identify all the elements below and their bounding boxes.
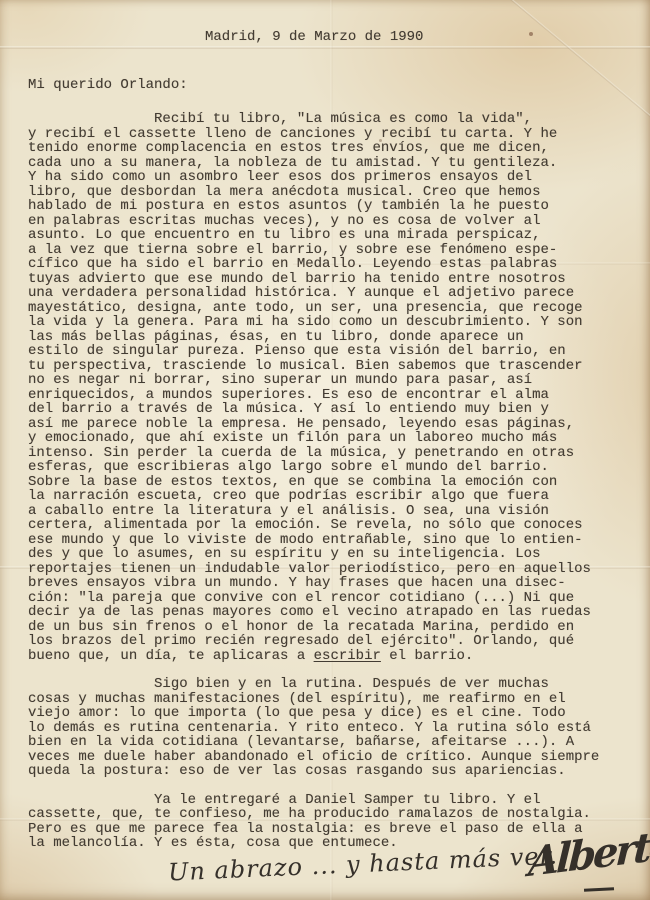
farewell-handwritten: Un abrazo ... y hasta más ver. bbox=[168, 842, 559, 887]
line-post: el barrio. bbox=[381, 648, 473, 664]
text-line: reportajes tienen un indudable valor per… bbox=[28, 562, 640, 577]
text-line: no es negar ni borrar, sino superar un m… bbox=[28, 373, 640, 388]
text-line: lo demás es rutina centenaria. Y rito en… bbox=[28, 721, 640, 736]
text-line: estilo de singular pureza. Pienso que es… bbox=[28, 344, 640, 359]
text-line: a la vez que tierna sobre el barrio, y s… bbox=[28, 243, 640, 258]
text-line: Sobre la base de estos textos, en que se… bbox=[28, 475, 640, 490]
text-line: en palabras escritas muchas veces), y no… bbox=[28, 214, 640, 229]
letter-page: Madrid, 9 de Marzo de 1990 Mi querido Or… bbox=[0, 0, 650, 900]
paragraph-1: Recibí tu libro, "La música es como la v… bbox=[28, 112, 640, 663]
text-line: ción: "la pareja que convive con el renc… bbox=[28, 591, 640, 606]
text-line: libro, que desbordan la mera anécdota mu… bbox=[28, 185, 640, 200]
text-line: los brazos del primo recién regresado de… bbox=[28, 634, 640, 649]
text-line: cosas y muchas manifestaciones (del espí… bbox=[28, 692, 640, 707]
text-line: Ya le entregaré a Daniel Samper tu libro… bbox=[28, 793, 640, 808]
text-line: tuyas advierto que ese mundo del barrio … bbox=[28, 272, 640, 287]
text-line: breves ensayos vibra un mundo. Y hay fra… bbox=[28, 576, 640, 591]
text-line: hablado de mi postura en estos asuntos (… bbox=[28, 199, 640, 214]
text-line: veces me duele haber abandonado el ofici… bbox=[28, 750, 640, 765]
text-line: queda la postura: eso de ver las cosas r… bbox=[28, 764, 640, 779]
paragraph-2: Sigo bien y en la rutina. Después de ver… bbox=[28, 677, 640, 779]
text-line: Y ha sido como un asombro leer esos dos … bbox=[28, 170, 640, 185]
text-line: así me parece noble la empresa. He pensa… bbox=[28, 417, 640, 432]
text-line: intenso. Sin perder la cuerda de la músi… bbox=[28, 446, 640, 461]
text-line: una verdadera personalidad histórica. Y … bbox=[28, 286, 640, 301]
text-line: cífico que ha sido el barrio en Medallo.… bbox=[28, 257, 640, 272]
paragraph-2-lines: Sigo bien y en la rutina. Después de ver… bbox=[28, 677, 640, 779]
text-line: a caballo entre la literatura y el análi… bbox=[28, 504, 640, 519]
underlined-word: escribir bbox=[314, 648, 381, 664]
text-line: Recibí tu libro, "La música es como la v… bbox=[28, 112, 640, 127]
text-line: Sigo bien y en la rutina. Después de ver… bbox=[28, 677, 640, 692]
text-line: mayestático, designa, ante todo, un ser,… bbox=[28, 301, 640, 316]
text-line: cassette, que, te confieso, me ha produc… bbox=[28, 807, 640, 822]
text-line: tu perspectiva, trasciende lo musical. B… bbox=[28, 359, 640, 374]
text-line: asunto. Lo que encuentro en tu libro es … bbox=[28, 228, 640, 243]
text-line: y emocionado, que ahí existe un filón pa… bbox=[28, 431, 640, 446]
text-line: del barrio a través de la música. Y así … bbox=[28, 402, 640, 417]
signature-underline bbox=[584, 887, 614, 891]
text-line: ese mundo y que lo viviste de modo entra… bbox=[28, 533, 640, 548]
text-line: Pero es que me parece fea la nostalgia: … bbox=[28, 822, 640, 837]
closing-row: Un abrazo ... y hasta más ver. Alberto bbox=[0, 836, 650, 900]
text-line: de un bus sin frenos o el honor de la re… bbox=[28, 620, 640, 635]
text-line: bien en la vida cotidiana (levantarse, b… bbox=[28, 735, 640, 750]
text-line: cada uno a su manera, la nobleza de tu a… bbox=[28, 156, 640, 171]
text-line: viejo amor: lo que importa (lo que pesa … bbox=[28, 706, 640, 721]
text-line: des y que lo asumes, en su espíritu y en… bbox=[28, 547, 640, 562]
letter-body: Madrid, 9 de Marzo de 1990 Mi querido Or… bbox=[0, 0, 650, 851]
text-line: certera, alimentada por la emoción. Se r… bbox=[28, 518, 640, 533]
salutation: Mi querido Orlando: bbox=[28, 78, 640, 93]
text-line: tenido enorme complacencia en estos tres… bbox=[28, 141, 640, 156]
text-line: la vida y la genera. Para mi ha sido com… bbox=[28, 315, 640, 330]
text-line: decir ya de las penas mayores como el ve… bbox=[28, 605, 640, 620]
text-line: bueno que, un día, te aplicaras a escrib… bbox=[28, 649, 640, 664]
date-line: Madrid, 9 de Marzo de 1990 bbox=[205, 30, 640, 45]
paragraph-1-lines: Recibí tu libro, "La música es como la v… bbox=[28, 112, 640, 649]
text-line: la narración escueta, creo que podrías e… bbox=[28, 489, 640, 504]
text-line: enriquecidos, a mundos superiores. Es es… bbox=[28, 388, 640, 403]
text-line: y recibí el cassette lleno de canciones … bbox=[28, 127, 640, 142]
text-line: las más bellas páginas, ésas, en tu libr… bbox=[28, 330, 640, 345]
line-pre: bueno que, un día, te aplicaras a bbox=[28, 648, 314, 664]
text-line: esferas, que escribieras algo largo sobr… bbox=[28, 460, 640, 475]
